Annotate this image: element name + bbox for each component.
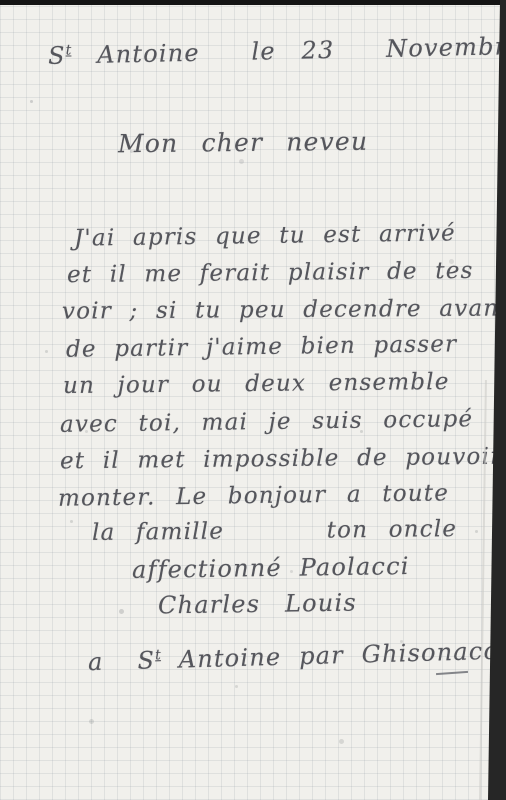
address-prefix: a — [88, 648, 104, 676]
scanned-letter-page: St Antoine le 23 Novembre 1912 Mon cher … — [0, 0, 506, 800]
body-line: monter. Le bonjour a toute — [58, 480, 449, 511]
dateline-place-initial: S — [48, 42, 66, 70]
signature-name-line: Charles Louis — [158, 589, 357, 620]
closing-line: la famille ton oncle — [92, 516, 457, 546]
paper-speckles — [30, 100, 33, 103]
body-line: un jour ou deux ensemble — [63, 369, 450, 399]
address-place-initial: S — [137, 646, 155, 674]
body-line: J'ai apris que tu est arrivé — [74, 220, 456, 251]
salutation: Mon cher neveu — [118, 127, 369, 159]
body-line: de partir j'aime bien passer — [66, 331, 458, 362]
body-line: voir ; si tu peu decendre avant — [62, 295, 506, 324]
body-line: et il me ferait plaisir de tes — [67, 258, 474, 288]
squared-paper-background — [0, 5, 506, 800]
body-line: et il met impossible de pouvoir — [60, 444, 503, 475]
signature-line: affectionné Paolacci — [132, 552, 410, 584]
scan-top-border — [0, 0, 506, 5]
